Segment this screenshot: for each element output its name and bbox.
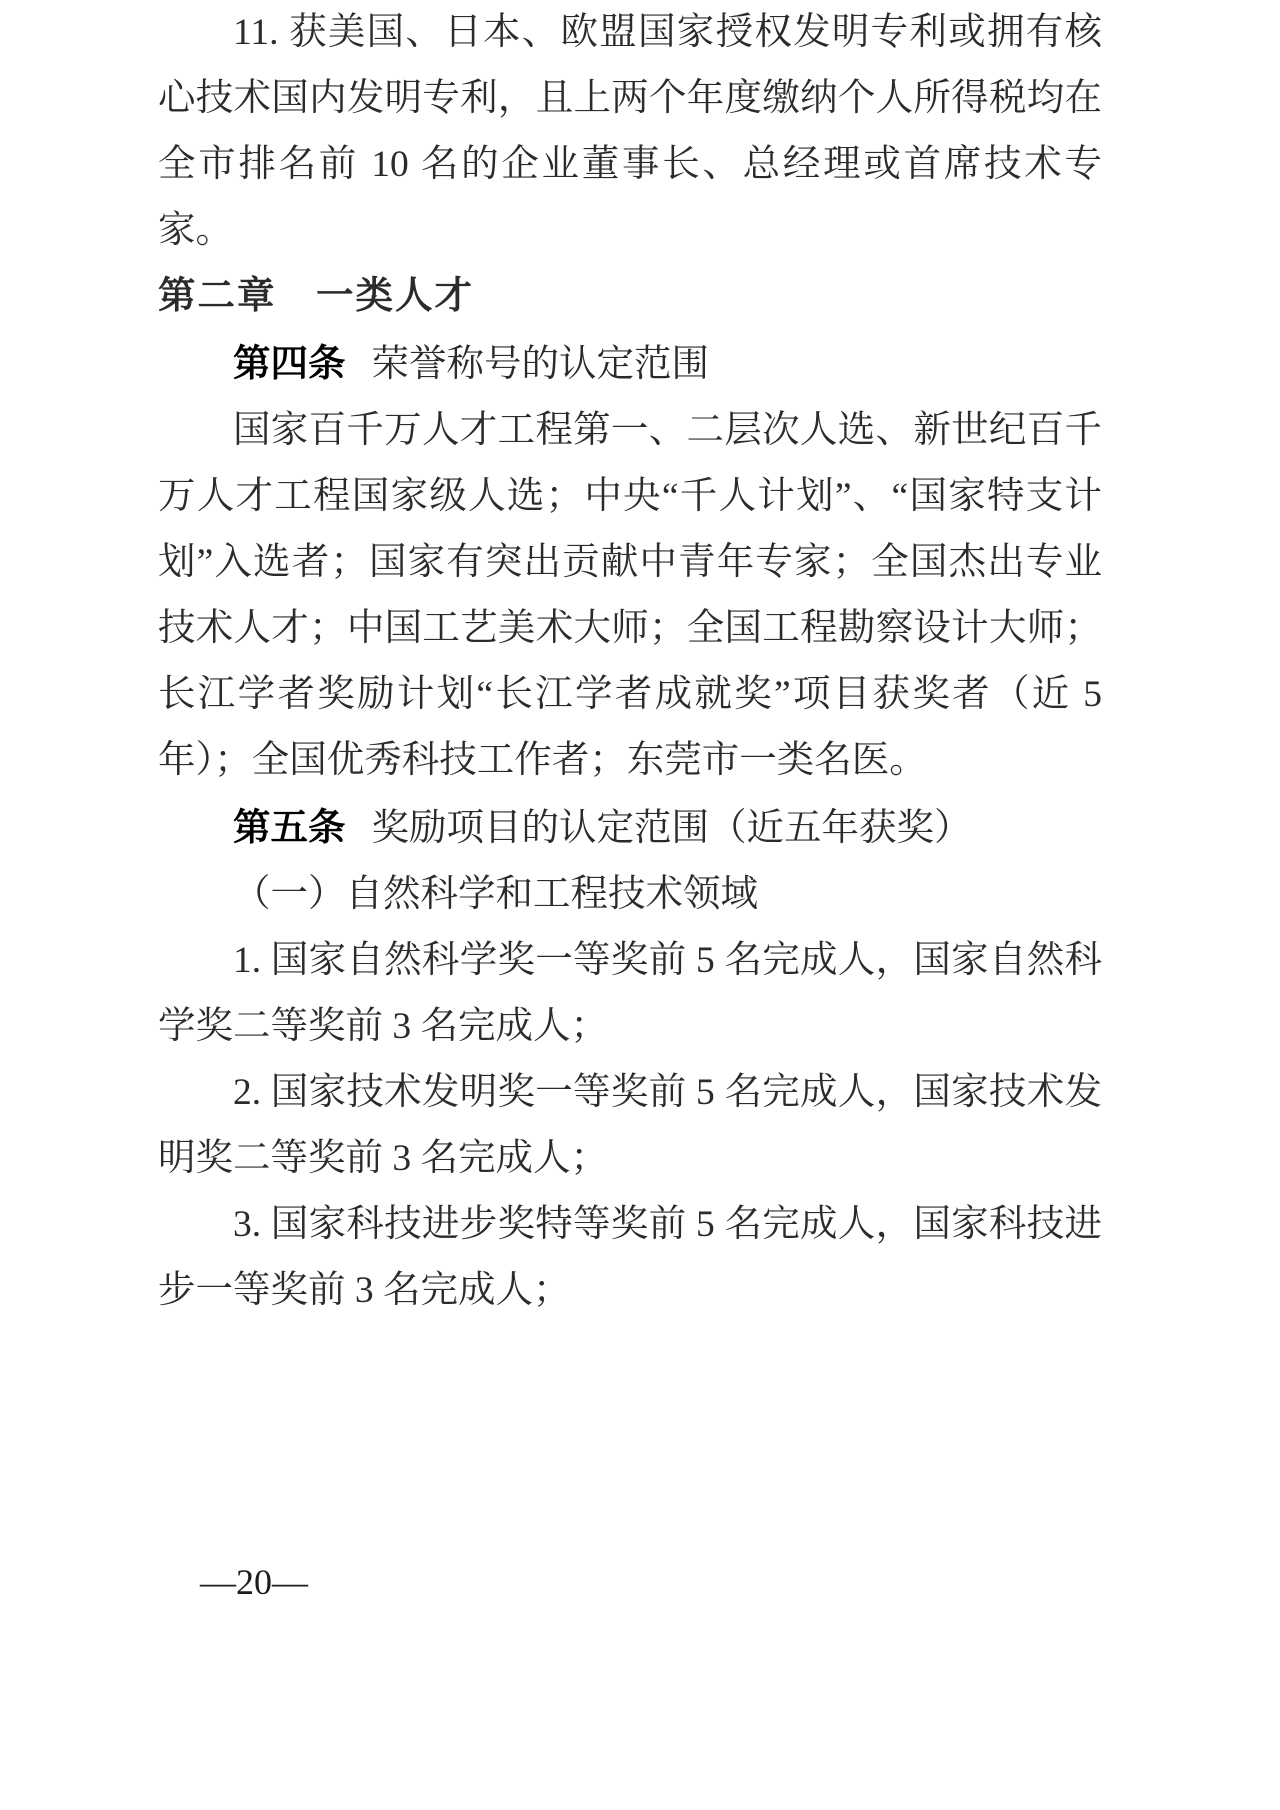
document-page: 11. 获美国、日本、欧盟国家授权发明专利或拥有核心技术国内发明专利，且上两个年… bbox=[0, 0, 1280, 1810]
page-number: —20— bbox=[200, 1556, 308, 1608]
award-item-3: 3. 国家科技进步奖特等奖前 5 名完成人，国家科技进步一等奖前 3 名完成人； bbox=[158, 1192, 1102, 1324]
award-item-2: 2. 国家技术发明奖一等奖前 5 名完成人，国家技术发明奖二等奖前 3 名完成人… bbox=[158, 1060, 1102, 1192]
section-1-heading: （一）自然科学和工程技术领域 bbox=[158, 862, 1102, 928]
chapter-heading: 第二章 一类人才 bbox=[158, 264, 1102, 330]
article-4-body: 国家百千万人才工程第一、二层次人选、新世纪百千万人才工程国家级人选；中央“千人计… bbox=[158, 398, 1102, 794]
article-4-title: 荣誉称号的认定范围 bbox=[372, 344, 710, 385]
document-content: 11. 获美国、日本、欧盟国家授权发明专利或拥有核心技术国内发明专利，且上两个年… bbox=[158, 0, 1102, 1324]
award-item-1: 1. 国家自然科学奖一等奖前 5 名完成人，国家自然科学奖二等奖前 3 名完成人… bbox=[158, 928, 1102, 1060]
article-5-label: 第五条 bbox=[233, 806, 346, 848]
article-4-label: 第四条 bbox=[233, 342, 346, 384]
article-4-heading: 第四条荣誉称号的认定范围 bbox=[158, 330, 1102, 398]
paragraph-item-11: 11. 获美国、日本、欧盟国家授权发明专利或拥有核心技术国内发明专利，且上两个年… bbox=[158, 0, 1102, 264]
article-5-title: 奖励项目的认定范围（近五年获奖） bbox=[372, 808, 972, 849]
article-5-heading: 第五条奖励项目的认定范围（近五年获奖） bbox=[158, 794, 1102, 862]
